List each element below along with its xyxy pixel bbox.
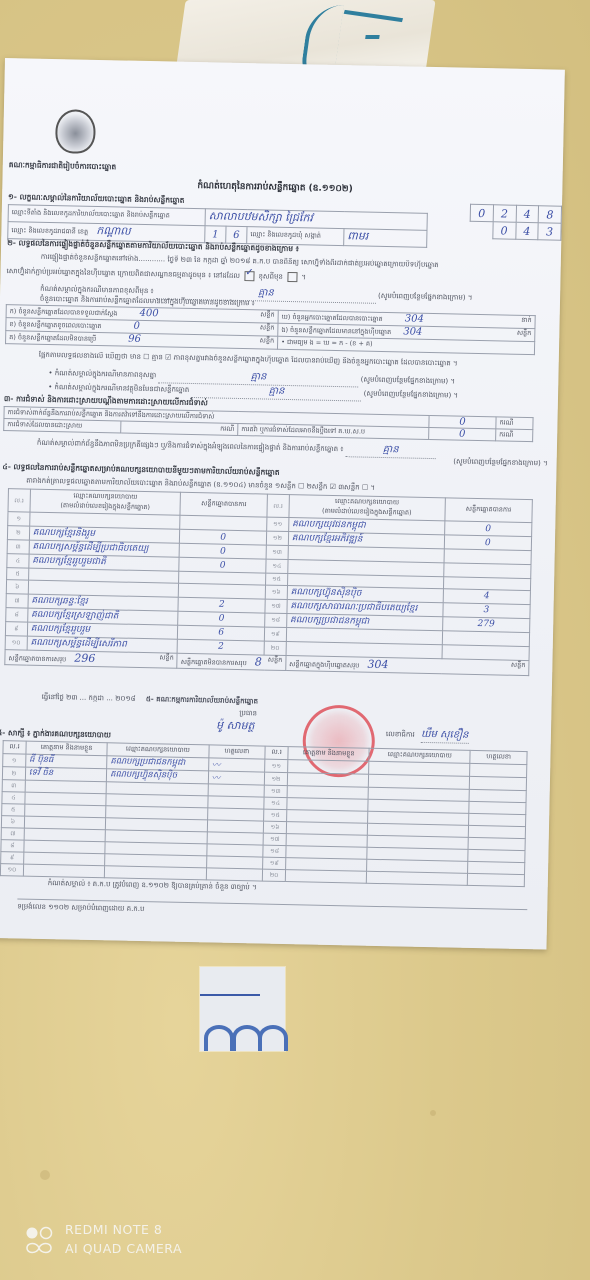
secretary-signature: ឃឹម សុខឿន [421, 727, 469, 744]
witness-name [285, 870, 366, 884]
party-number: ៨ [6, 607, 28, 621]
col-party: ឈ្មោះគណបក្សនយោបាយ(តាមលំដាប់លេខរៀងក្នុងសន… [289, 495, 445, 521]
party-number: ៤ [7, 554, 29, 568]
secretary-label: លេខាធិការ [386, 730, 415, 739]
camera-watermark-line1: REDMI NOTE 8 [65, 1222, 162, 1237]
object-note-value: គ្មាន [191, 382, 361, 402]
count-d-unit: នាក់ [521, 316, 532, 326]
fill-hint: (សូមបំពេញបន្ថែមផ្នែកខាងក្រោម) ។ [364, 390, 459, 400]
witness-signature [470, 776, 527, 790]
party-number: ១១ [267, 517, 289, 531]
count-d-value: 304 [405, 313, 424, 324]
col-votes: សន្លឹកឆ្នោតបានការ [180, 492, 267, 517]
witness-number: ១៥ [264, 809, 287, 821]
witness-number: ៥ [2, 804, 25, 816]
province-code-2: 6 [226, 226, 247, 243]
chair-label: ប្រធាន [239, 709, 257, 719]
party-number: ១០ [5, 635, 27, 649]
count-c-value: 96 [128, 334, 141, 345]
fill-hint: (សូមបំពេញបន្ថែមផ្នែកខាងក្រោម) ។ [361, 376, 456, 386]
total-invalid-cell: សន្លឹកឆ្នោតមិនបានការសរុប 8 សន្លឹក [177, 653, 286, 670]
witness-number: ១៧ [263, 833, 286, 845]
col-votes: សន្លឹកឆ្នោតបានការ [445, 498, 533, 523]
party-number: ១៩ [264, 627, 286, 641]
unit: សន្លឹក [159, 653, 174, 663]
count-d-label: ឃ) ចំនួនអ្នកបោះឆ្នោតដែលបានបោះឆ្នោត [282, 313, 383, 323]
count-c-label: គ) ចំនួនសន្លឹកឆ្នោតដែលមិនបានប្រើ [9, 333, 96, 343]
commune-code-digit: 0 [493, 222, 516, 239]
party-number: ១៥ [266, 573, 288, 585]
counts-table: ក) ចំនួនសន្លឹកឆ្នោតដែលបានទទួលជាក់ស្តែង 4… [5, 304, 536, 355]
witness-party [104, 866, 206, 880]
count-b-unit: សន្លឹក [260, 323, 275, 333]
wall-stain [40, 1170, 50, 1180]
col-sign: ហត្ថលេខា [208, 745, 265, 759]
witness-number: ១៣ [264, 785, 287, 797]
form-title: កំណត់ហេតុនៃការរាប់សន្លឹកឆ្នោត (ឧ.១១០២) [197, 180, 353, 196]
party-number: ១៧ [265, 599, 287, 613]
witness-number: ៤ [2, 792, 25, 804]
objection-label-2: ការជំទាស់ដែលបានដោះស្រាយ [4, 419, 121, 433]
witness-number: ៧ [1, 828, 24, 840]
done-at: ធ្វើនៅថ្ងៃ ២៣ ... កក្កដា ... ២០១៨ [42, 693, 136, 703]
party-number: ១ [8, 512, 30, 526]
station-code-box: 0 2 4 8 0 4 3 [469, 204, 562, 241]
count-b-label: ខ) ចំនួនសន្លឹកឆ្នោតខូចពេលបោះឆ្នោត [9, 320, 101, 330]
seal-line-text: សោហ្វ៊ុំដាក់ភ្ជាប់ប្រអប់ឆ្នោតក្នុងនៃហ៊ីប… [6, 267, 240, 280]
tape-scrap-stripe [200, 994, 260, 996]
unit: សន្លឹក [511, 660, 526, 670]
witness-number: ១៩ [263, 857, 286, 869]
station-code-digit: 8 [538, 206, 561, 223]
witness-number: ១០ [0, 864, 23, 876]
organization-name: គណៈកម្មាធិការជាតិរៀបចំការបោះឆ្នោត [9, 160, 117, 173]
party-number: ៦ [6, 579, 28, 593]
col-no: ល.រ [8, 489, 30, 512]
witness-party [367, 871, 468, 885]
witness-table: ល.រ គោត្តនាម និងនាមខ្លួន ឈ្មោះគណបក្សនយោប… [0, 740, 528, 887]
witness-signature: 〰 [208, 771, 265, 785]
total-valid-value: 296 [74, 651, 95, 664]
unit: សន្លឹក [268, 655, 283, 665]
seal-changed-label: ខុសពីមុន [258, 272, 283, 281]
witness-number: ៦ [1, 816, 24, 828]
count-a-unit: សន្លឹក [260, 310, 275, 320]
witness-number: ១៨ [263, 845, 286, 857]
commune-value: ពាមរ [344, 229, 427, 248]
witness-number: ១៦ [264, 821, 287, 833]
footnote: កំណត់សម្គាល់ ៖ គ.ក.ប ត្រូវបំពេញ ឧ.១១០២ ឱ… [48, 879, 257, 893]
witness-name: ទេវី ចិន [25, 767, 106, 782]
object-note-label: • កំណត់សម្គាល់ក្នុងករណីមានវត្ថុមិនមែនជាស… [48, 383, 189, 394]
witness-number: ៨ [1, 840, 24, 852]
tape-scrap-pattern [204, 1025, 234, 1051]
count-b-value: 0 [133, 321, 140, 332]
committee-heading: ៥- គណៈកម្មការការិយាល័យរាប់សន្លឹកឆ្នោត [146, 695, 258, 705]
total-box-value: 304 [367, 657, 388, 670]
witness-number: ១១ [265, 759, 288, 772]
tape-handwriting-mark [365, 35, 380, 39]
diff-note-label: • កំណត់សម្គាល់ក្នុងករណីមានភាពខុសគ្នា [48, 369, 156, 379]
province-value: កណ្តាល [96, 224, 131, 238]
election-form-paper: គណៈកម្មាធិការជាតិរៀបចំការបោះឆ្នោត កំណត់ហ… [0, 58, 565, 950]
count-e-value: 304 [403, 326, 422, 337]
station-code-digit: 0 [470, 204, 493, 221]
witness-number: ១២ [265, 772, 288, 785]
party-number: ២០ [264, 641, 286, 655]
station-code-digit: 4 [516, 205, 539, 222]
witness-number: ២០ [263, 869, 286, 881]
count-a-value: 400 [139, 308, 158, 319]
col-party: ឈ្មោះគណបក្សនយោបាយ(តាមលំដាប់លេខរៀងក្នុងសន… [30, 489, 181, 515]
secretary-line: លេខាធិការ ឃឹម សុខឿន [386, 726, 469, 744]
form-footer: ទម្រង់លេខ ១១០២ សម្រាប់បំពេញដោយ គ.ក.ប [17, 898, 527, 923]
party-number: ៥ [7, 568, 29, 580]
total-valid-cell: សន្លឹកឆ្នោតបានការសរុប 296 សន្លឹក [5, 649, 178, 668]
witness-number: ៩ [1, 852, 24, 864]
witness-number: ២ [2, 767, 25, 780]
total-invalid-value: 8 [255, 655, 262, 668]
objection-unit-1: ករណី [496, 417, 533, 430]
witness-name: ធី ប៊ុនធី [26, 754, 107, 769]
witness-number: ១៤ [264, 797, 287, 809]
station-code-digit: 2 [493, 205, 516, 222]
seal-intact-checkbox[interactable] [244, 271, 254, 281]
party-number: ២ [7, 526, 29, 540]
count-e-unit: សន្លឹក [517, 329, 532, 339]
witness-number: ១ [3, 754, 26, 767]
tape-scrap-pattern [258, 1025, 288, 1051]
col-sign: ហត្ថលេខា [470, 750, 527, 764]
col-no: ល.រ [267, 494, 289, 517]
count-c-unit: សន្លឹក [260, 336, 275, 346]
col-no: ល.រ [265, 746, 288, 759]
party-number: ៧ [6, 593, 28, 607]
party-number: ៣ [7, 540, 29, 554]
province-label-text: ឈ្មោះ និងលេខកូដរាជធានី ខេត្ត [11, 226, 88, 236]
tape-handwriting-mark [344, 10, 403, 22]
done-at-line: ធ្វើនៅថ្ងៃ ២៣ ... កក្កដា ... ២០១៨ ៥- គណៈ… [42, 693, 259, 708]
nec-logo [55, 109, 96, 154]
wall-stain [430, 1110, 436, 1116]
chair-signature: ម៉ូ សាមត្ថ [216, 719, 255, 736]
party-number: ៩ [5, 621, 27, 635]
camera-watermark-icon [25, 1226, 57, 1256]
witness-signature [470, 763, 527, 777]
objection-label-2-unit: ករណី [121, 421, 238, 435]
witness-signature [206, 868, 263, 881]
commune-code-digit: 3 [538, 223, 561, 240]
party-number: ១២ [266, 531, 288, 545]
witness-name [23, 864, 104, 878]
party-number: ១៣ [266, 545, 288, 559]
total-invalid-label: សន្លឹកឆ្នោតមិនបានការសរុប [181, 657, 247, 666]
seal-changed-checkbox[interactable] [287, 272, 297, 282]
count-a-label: ក) ចំនួនសន្លឹកឆ្នោតដែលបានទទួលជាក់ស្តែង [10, 307, 118, 317]
camera-watermark-line2: AI QUAD CAMERA [65, 1241, 182, 1256]
col-no: ល.រ [3, 741, 26, 754]
objection-unit-2: ករណី [496, 429, 533, 442]
province-code-1: 1 [205, 226, 226, 243]
tape-scrap [200, 967, 285, 1051]
party-number: ១៨ [265, 613, 287, 627]
witness-number: ៣ [2, 780, 25, 792]
party-number: ១៦ [265, 585, 287, 599]
commune-code-digit: 4 [515, 222, 538, 239]
count-e-label: ង) ចំនួនសន្លឹកឆ្នោតដែលមាននៅក្នុងហ៊ីបឆ្នោ… [281, 326, 391, 336]
note-label: កំណត់សម្គាល់ក្នុងករណីមានភាពខុសពីមុន ៖ [40, 285, 154, 295]
party-number: ១៤ [266, 559, 288, 573]
total-valid-label: សន្លឹកឆ្នោតបានការសរុប [8, 654, 66, 663]
witness-signature: 〰 [208, 758, 265, 772]
fill-hint: (សូមបំពេញបន្ថែមផ្នែកខាងក្រោម) ។ [378, 292, 473, 302]
objection-value-2: 0 [429, 427, 496, 440]
witness-signature [468, 873, 525, 886]
total-box-label: សន្លឹកឆ្នោតក្នុងហ៊ីបឆ្នោតសរុប [289, 660, 359, 669]
party-results-table: ល.រ ឈ្មោះគណបក្សនយោបាយ(តាមលំដាប់លេខរៀងក្ន… [4, 488, 533, 675]
section5-heading: ៥- សាក្សី ៖ ភ្នាក់ងារគណបក្សនយោបាយ [0, 728, 111, 741]
